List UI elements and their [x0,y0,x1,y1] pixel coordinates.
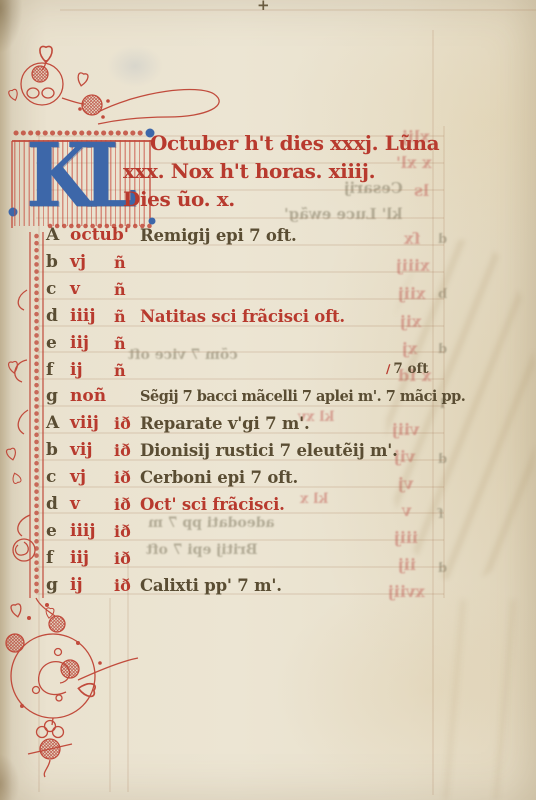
top-cross-mark: + [257,0,270,14]
nones-ides-marker: ið [114,410,140,437]
showthrough-text: d [438,562,447,575]
showthrough-text: kl' Luce ewãg' [284,207,403,222]
roman-numeral: ij [70,357,114,384]
nones-ides-marker: ñ [114,249,140,276]
showthrough-text: xiiij [396,258,430,274]
roman-numeral: vij [70,437,114,464]
roman-numeral: viij [70,410,114,437]
showthrough-text: xij [400,314,421,330]
calendar-row: fijñ [46,357,140,384]
showthrough-text: f [438,508,444,521]
roman-numeral: v [70,276,114,303]
roman-numeral: vj [70,464,114,491]
feast-entry: Reparate v'gi 7 m'. [140,410,310,437]
day-letter: c [46,276,70,303]
roman-numeral: octub' [70,222,114,249]
showthrough-text: v [402,503,411,519]
showthrough-text: d [438,453,447,466]
day-letter: f [46,357,70,384]
showthrough-text: adeodati pp 7 m [148,516,275,530]
showthrough-text: ſx [404,231,420,247]
manuscript-page: xlijx xl'Cesarijlskl' Luce ewãg'ſxxiiijx… [0,0,536,800]
calendar-row: gnoñSẽgij 7 bacci mãcelli 7 aplei m'. 7 … [46,383,465,410]
showthrough-text: ls [414,183,429,199]
roman-numeral: iij [70,330,114,357]
day-letter: c [46,464,70,491]
day-letter: A [46,222,70,249]
calendar-row: dviðOct' sci frãcisci. [46,491,285,518]
feast-entry: Natitas sci frãcisci oft. [140,303,345,330]
feast-entry: Calixti pp' 7 m'. [140,572,282,599]
nones-ides-marker: ñ [114,276,140,303]
roman-numeral: v [70,491,114,518]
roman-numeral: iiij [70,518,114,545]
header-line-2: xxx. Nox h't horas. xiiij. [123,159,375,183]
nones-ides-marker: ñ [114,330,140,357]
showthrough-text: xj [402,341,417,357]
nones-ides-marker: ið [114,464,140,491]
feast-entry: Oct' sci frãcisci. [140,491,285,518]
day-letter: b [46,437,70,464]
day-letter: f [46,545,70,572]
day-letter: e [46,330,70,357]
nones-ides-marker: ið [114,545,140,572]
nones-ides-marker: ñ [114,357,140,384]
showthrough-text: iij [398,557,416,573]
nones-ides-marker: ið [114,491,140,518]
day-letter: g [46,383,70,410]
roman-numeral: noñ [70,383,114,410]
feast-entry: Sẽgij 7 bacci mãcelli 7 aplei m'. 7 mãci… [140,383,465,410]
day-letter: e [46,518,70,545]
showthrough-text: kl x [300,492,328,506]
roman-numeral: ij [70,572,114,599]
caret-mark: ∕ [386,362,390,376]
feast-entry: Remigij epi 7 oft. [140,222,297,249]
header-line-3: Dies ũo. x. [123,187,235,211]
showthrough-text: b [438,288,447,301]
showthrough-text: xiij [398,286,425,302]
roman-numeral: vj [70,249,114,276]
calendar-row: bvijiðDionisij rustici 7 eleutẽij m'. [46,437,398,464]
nones-ides-marker: ið [114,572,140,599]
day-letter: d [46,491,70,518]
roman-numeral: iij [70,545,114,572]
showthrough-text: d [438,233,447,246]
day-letter: A [46,410,70,437]
calendar-row: Aoctub'Remigij epi 7 oft. [46,222,297,249]
header-line-1: Octuber h't dies xxxj. Lũna [150,131,439,155]
day-letter: g [46,572,70,599]
showthrough-text: vj [398,476,413,492]
calendar-row: AviijiðReparate v'gi 7 m'. [46,410,310,437]
interlinear-text: 7 oft [393,361,428,377]
feast-entry: Dionisij rustici 7 eleutẽij m'. [140,437,398,464]
interlinear-addition: ∕7 oft [386,361,429,377]
day-letter: b [46,249,70,276]
calendar-row: eiiijið [46,518,140,545]
day-letter: d [46,303,70,330]
roman-numeral: iiij [70,303,114,330]
calendar-row: bvjñ [46,249,140,276]
showthrough-text: Britij epi 7 oft [146,543,258,557]
feast-entry: Cerboni epi 7 oft. [140,464,298,491]
calendar-row: eiijñ [46,330,140,357]
calendar-row: cvñ [46,276,140,303]
kl-initial-letters: KL [26,131,127,219]
nones-ides-marker: ið [114,518,140,545]
showthrough-text: viij [392,422,419,438]
calendar-row: gijiðCalixti pp' 7 m'. [46,572,282,599]
calendar-row: diiijñNatitas sci frãcisci oft. [46,303,345,330]
showthrough-text: x xl' [396,155,432,171]
showthrough-text: d [438,343,447,356]
showthrough-text: Cesarij [344,181,403,196]
calendar-row: cvjiðCerboni epi 7 oft. [46,464,298,491]
showthrough-text: xviij [388,584,425,600]
calendar-row: fiijið [46,545,140,572]
showthrough-text: iiij [394,530,418,546]
showthrough-text: cõm 7 vice oft [128,348,238,362]
nones-ides-marker: ið [114,437,140,464]
nones-ides-marker: ñ [114,303,140,330]
